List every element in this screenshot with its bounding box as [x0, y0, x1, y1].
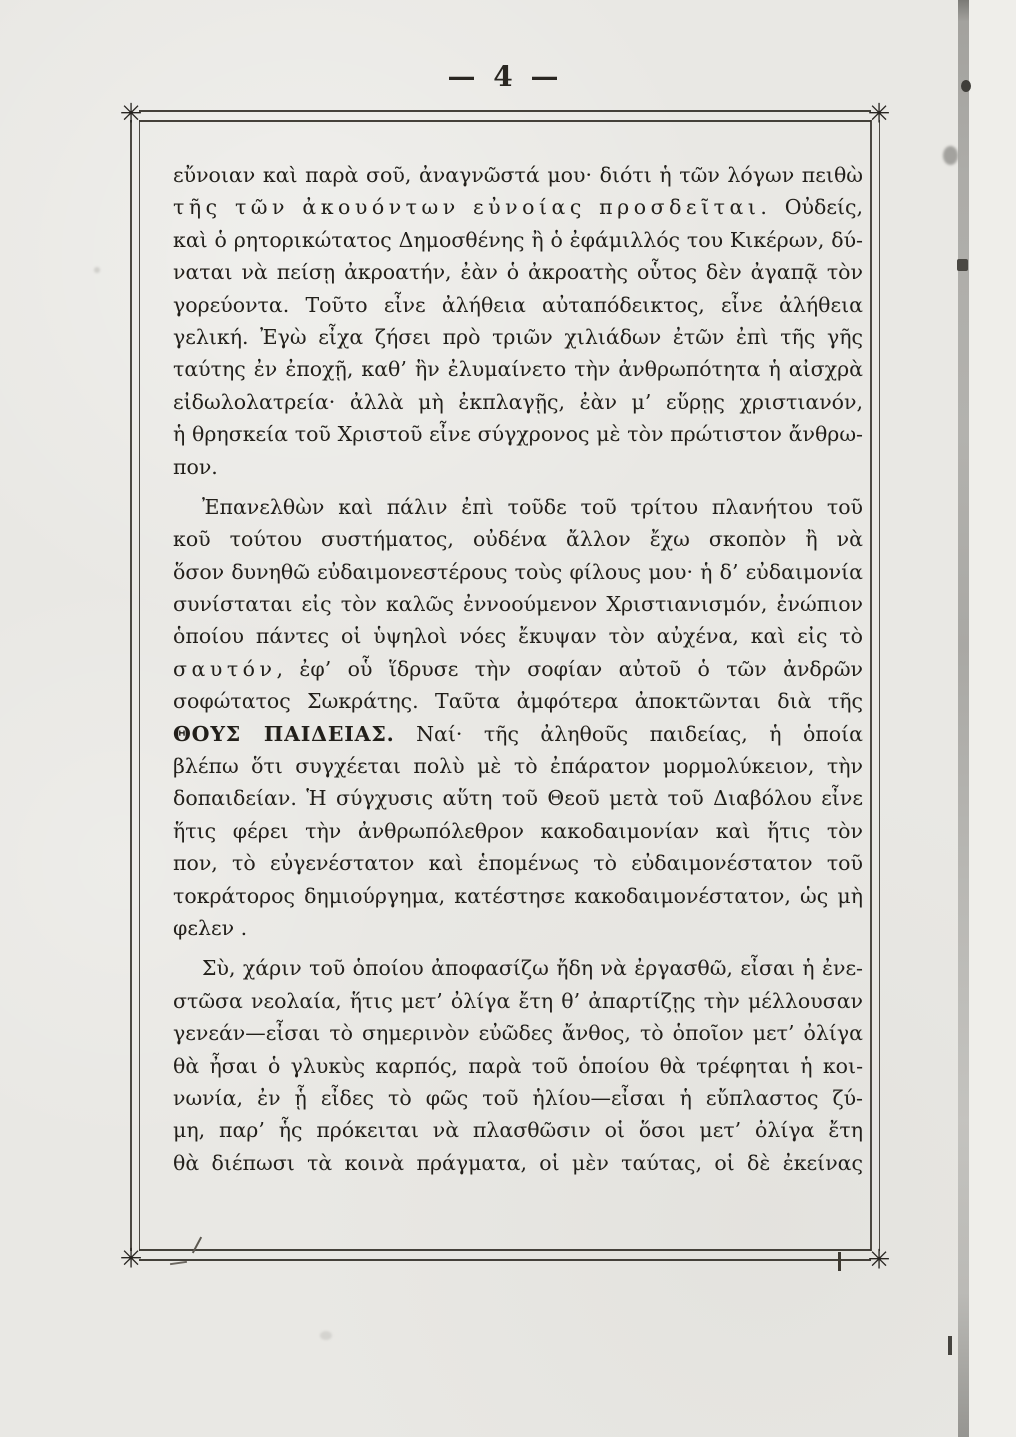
scan-page-edge-light: [969, 0, 1016, 1437]
text-line: γορεύοντα. Τοῦτο εἶνε ἀλήθεια αὐταπόδεικ…: [173, 289, 863, 321]
text-line: γελική. Ἐγὼ εἶχα ζήσει πρὸ τριῶν χιλιάδω…: [173, 321, 863, 353]
text-segment: φελεν .: [173, 916, 247, 940]
paragraph: Σὺ, χάριν τοῦ ὁποίου ἀποφασίζω ἤδη νὰ ἐρ…: [173, 952, 863, 1179]
text-line: ἡ θρησκεία τοῦ Χριστοῦ εἶνε σύγχρονος μὲ…: [173, 418, 863, 450]
text-segment: θὰ διέπωσι τὰ κοινὰ πράγματα, οἱ μὲν ταύ…: [173, 1151, 863, 1175]
emphasis-spaced: τῆς τῶν ἀκουόντων εὐνοίας προσδεῖται.: [173, 195, 785, 219]
text-segment: μη, παρ’ ἧς πρόκειται νὰ πλασθῶσιν οἱ ὅσ…: [173, 1118, 863, 1142]
text-line: πον, τὸ εὐγενέστατον καὶ ἑπομένως τὸ εὐδ…: [173, 847, 863, 879]
text-line: στῶσα νεολαία, ἥτις μετ’ ὀλίγα ἔτη θ’ ἀπ…: [173, 985, 863, 1017]
scan-speck: [948, 1336, 952, 1355]
text-segment: βλέπω ὅτι συγχέεται πολὺ μὲ τὸ ἐπάρατον …: [173, 754, 863, 782]
text-segment: ναται νὰ πείσῃ ἀκροατήν, ἐὰν ὁ ἀκροατὴς …: [173, 260, 863, 288]
text-line: θὰ ἦσαι ὁ γλυκὺς καρπός, παρὰ τοῦ ὁποίου…: [173, 1050, 863, 1082]
text-segment: , ἐφ’ οὗ ἵδρυσε τὴν σοφίαν αὐτοῦ ὁ τῶν ἀ…: [173, 657, 863, 685]
text-line: γενεάν—εἶσαι τὸ σημερινὸν εὐῶδες ἄνθος, …: [173, 1017, 863, 1049]
text-block: εὔνοιαν καὶ παρὰ σοῦ, ἀναγνῶστά μου· διό…: [173, 159, 863, 1179]
corner-star-icon: ✳: [120, 101, 143, 128]
text-segment: πον.: [173, 455, 218, 479]
text-line: πον.: [173, 451, 863, 483]
text-line: εἰδωλολατρεία· ἀλλὰ μὴ ἐκπλαγῇς, ἐὰν μ’ …: [173, 386, 863, 418]
corner-star-icon: ✳: [868, 1247, 891, 1274]
text-line: σαυτόν, ἐφ’ οὗ ἵδρυσε τὴν σοφίαν αὐτοῦ ὁ…: [173, 653, 863, 685]
text-line: θὰ διέπωσι τὰ κοινὰ πράγματα, οἱ μὲν ταύ…: [173, 1147, 863, 1179]
text-segment: στῶσα νεολαία, ἥτις μετ’ ὀλίγα ἔτη θ’ ἀπ…: [173, 989, 863, 1013]
text-line: εὔνοιαν καὶ παρὰ σοῦ, ἀναγνῶστά μου· διό…: [173, 159, 863, 191]
text-line: συνίσταται εἰς τὸν καλῶς ἐννοούμενον Χρι…: [173, 588, 863, 620]
scan-speck: [957, 259, 968, 271]
text-segment: γορεύοντα. Τοῦτο εἶνε ἀλήθεια αὐταπόδεικ…: [173, 293, 863, 321]
emphasis-caps: ΘΟΥΣ ΠΑΙΔΕΙΑΣ.: [173, 722, 395, 746]
text-line: ΘΟΥΣ ΠΑΙΔΕΙΑΣ. Ναί· τῆς ἀληθοῦς παιδείας…: [173, 718, 863, 750]
text-segment: κοῦ τούτου συστήματος, οὐδένα ἄλλον ἔχω …: [173, 527, 863, 555]
corner-star-icon: ✳: [868, 101, 891, 128]
text-line: ἥτις φέρει τὴν ἀνθρωπόλεθρον κακοδαιμονί…: [173, 815, 863, 847]
text-line: κοῦ τούτου συστήματος, οὐδένα ἄλλον ἔχω …: [173, 523, 863, 555]
text-segment: ταύτης ἐν ἐποχῇ, καθ’ ἣν ἐλυμαίνετο τὴν …: [173, 357, 863, 381]
text-segment: εὔνοιαν καὶ παρὰ σοῦ, ἀναγνῶστά μου· διό…: [173, 163, 863, 187]
frame-rule-bottom: [139, 1249, 871, 1261]
text-segment: πον, τὸ εὐγενέστατον καὶ ἑπομένως τὸ εὐδ…: [173, 851, 863, 879]
text-line: δοπαιδείαν. Ἡ σύγχυσις αὕτη τοῦ Θεοῦ μετ…: [173, 782, 863, 814]
text-line: μη, παρ’ ἧς πρόκειται νὰ πλασθῶσιν οἱ ὅσ…: [173, 1114, 863, 1146]
scan-speck: [170, 1261, 187, 1265]
frame-rule-right: [870, 120, 880, 1251]
text-line: καὶ ὁ ρητορικώτατος Δημοσθένης ἢ ὁ ἐφάμι…: [173, 224, 863, 256]
text-line: Ἐπανελθὼν καὶ πάλιν ἐπὶ τοῦδε τοῦ τρίτου…: [173, 491, 863, 523]
paragraph: εὔνοιαν καὶ παρὰ σοῦ, ἀναγνῶστά μου· διό…: [173, 159, 863, 483]
text-line: βλέπω ὅτι συγχέεται πολὺ μὲ τὸ ἐπάρατον …: [173, 750, 863, 782]
paragraph: Ἐπανελθὼν καὶ πάλιν ἐπὶ τοῦδε τοῦ τρίτου…: [173, 491, 863, 944]
scan-speck: [961, 80, 971, 92]
page-number: — 4 —: [130, 60, 880, 93]
text-segment: συνίσταται εἰς τὸν καλῶς ἐννοούμενον Χρι…: [173, 592, 863, 620]
text-line: ὁποίου πάντες οἱ ὑψηλοὶ νόες ἔκυψαν τὸν …: [173, 620, 863, 652]
text-segment: δοπαιδείαν. Ἡ σύγχυσις αὕτη τοῦ Θεοῦ μετ…: [173, 786, 863, 810]
text-segment: ἥτις φέρει τὴν ἀνθρωπόλεθρον κακοδαιμονί…: [173, 819, 863, 847]
text-segment: ὁποίου πάντες οἱ ὑψηλοὶ νόες ἔκυψαν τὸν …: [173, 624, 863, 648]
text-line: ναται νὰ πείσῃ ἀκροατήν, ἐὰν ὁ ἀκροατὴς …: [173, 256, 863, 288]
text-segment: καὶ ὁ ρητορικώτατος Δημοσθένης ἢ ὁ ἐφάμι…: [173, 228, 863, 252]
text-line: τῆς τῶν ἀκουόντων εὐνοίας προσδεῖται. Οὐ…: [173, 191, 863, 223]
text-line: ὅσον δυνηθῶ εὐδαιμονεστέρους τοὺς φίλους…: [173, 556, 863, 588]
scan-speck: [320, 1331, 332, 1340]
text-line: τοκράτορος δημιούργημα, κατέστησε κακοδα…: [173, 880, 863, 912]
text-segment: ὅσον δυνηθῶ εὐδαιμονεστέρους τοὺς φίλους…: [173, 560, 863, 584]
emphasis-spaced: σαυτόν: [173, 657, 277, 681]
text-segment: εἰδωλολατρεία· ἀλλὰ μὴ ἐκπλαγῇς, ἐὰν μ’ …: [173, 390, 863, 418]
text-line: ταύτης ἐν ἐποχῇ, καθ’ ἣν ἐλυμαίνετο τὴν …: [173, 353, 863, 385]
text-line: φελεν .: [173, 912, 863, 944]
text-line: νωνία, ἐν ᾗ εἶδες τὸ φῶς τοῦ ἡλίου—εἶσαι…: [173, 1082, 863, 1114]
text-segment: σοφώτατος Σωκράτης. Ταῦτα ἀμφότερα ἀποκτ…: [173, 689, 863, 713]
text-segment: νωνία, ἐν ᾗ εἶδες τὸ φῶς τοῦ ἡλίου—εἶσαι…: [173, 1086, 863, 1110]
text-line: Σὺ, χάριν τοῦ ὁποίου ἀποφασίζω ἤδη νὰ ἐρ…: [173, 952, 863, 984]
text-segment: τοκράτορος δημιούργημα, κατέστησε κακοδα…: [173, 884, 863, 912]
scan-speck: [838, 1252, 841, 1271]
text-line: σοφώτατος Σωκράτης. Ταῦτα ἀμφότερα ἀποκτ…: [173, 685, 863, 717]
text-segment: Σὺ, χάριν τοῦ ὁποίου ἀποφασίζω ἤδη νὰ ἐρ…: [202, 956, 863, 980]
corner-star-icon: ✳: [120, 1246, 143, 1273]
frame-rule-top: [139, 110, 871, 122]
scan-edge-shadow: [958, 0, 969, 1437]
scan-speck: [943, 146, 958, 165]
scan-speck: [94, 267, 100, 273]
text-segment: Ἐπανελθὼν καὶ πάλιν ἐπὶ τοῦδε τοῦ τρίτου…: [173, 495, 863, 523]
text-segment: θὰ ἦσαι ὁ γλυκὺς καρπός, παρὰ τοῦ ὁποίου…: [173, 1054, 863, 1078]
text-segment: ἡ θρησκεία τοῦ Χριστοῦ εἶνε σύγχρονος μὲ…: [173, 422, 863, 446]
text-segment: γελική. Ἐγὼ εἶχα ζήσει πρὸ τριῶν χιλιάδω…: [173, 325, 863, 349]
text-segment: γενεάν—εἶσαι τὸ σημερινὸν εὐῶδες ἄνθος, …: [173, 1021, 863, 1049]
frame-rule-left: [130, 120, 140, 1251]
